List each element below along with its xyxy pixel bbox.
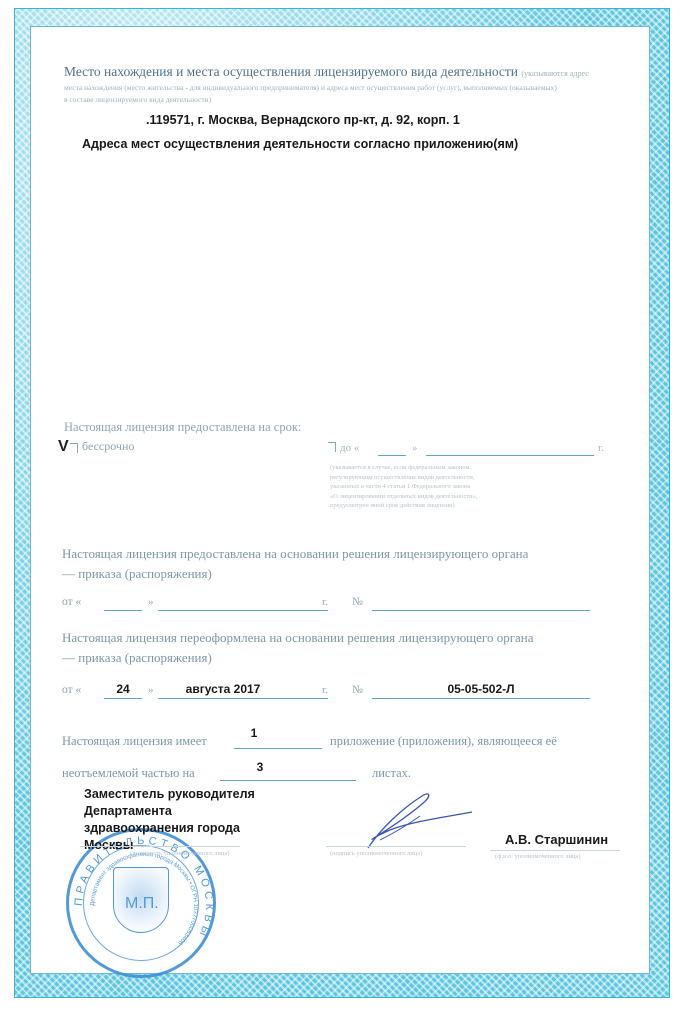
reissued-month-year-field[interactable] (158, 698, 328, 699)
until-month-year-field[interactable] (426, 455, 594, 456)
reissued-year-suffix: г. (322, 684, 328, 696)
granted-quote-close: » (148, 596, 154, 608)
reissued-number-field[interactable] (372, 698, 590, 699)
attachments-text-after: приложение (приложения), являющееся её (330, 734, 557, 749)
handwritten-signature (360, 790, 480, 852)
reissued-text-line1: Настоящая лицензия переоформлена на осно… (62, 630, 534, 646)
until-hint-line: регулирующим осуществление видов деятель… (330, 473, 478, 483)
attachments-text-before: Настоящая лицензия имеет (62, 734, 207, 749)
until-hint-line: (указывается в случае, если федеральным … (330, 463, 478, 473)
name-caption: (ф.и.о. уполномоченного лица) (495, 851, 581, 863)
until-hint-line: предусмотрен иной срок действия лицензии… (330, 501, 478, 511)
signature-line (326, 846, 466, 847)
position-caption: (должность уполномоченного лица) (130, 848, 230, 860)
reissued-text-line2: — приказа (распоряжения) (62, 650, 212, 666)
section-hint-line3: в составе лицензируемого вида деятельнос… (64, 94, 211, 106)
section-title-text: Место нахождения и места осуществления л… (64, 64, 518, 79)
sheets-count-value: 3 (220, 760, 300, 774)
until-hint: (указывается в случае, если федеральным … (330, 463, 478, 511)
until-checkbox[interactable] (328, 442, 336, 452)
attachments-row: Настоящая лицензия имеет 1 приложение (п… (62, 726, 622, 748)
granted-day-field[interactable] (104, 610, 142, 611)
until-option[interactable]: до « » г. (328, 440, 618, 460)
reissued-month-year-value: августа 2017 (158, 682, 288, 696)
sheets-count-field[interactable] (220, 780, 356, 781)
section-title: Место нахождения и места осуществления л… (64, 64, 589, 80)
granted-number-label: № (352, 596, 363, 608)
position-line (80, 846, 240, 847)
signer-name: А.В. Старшинин (505, 832, 608, 847)
signer-position-line: Департамента (84, 803, 255, 820)
sheets-row: неотъемлемой частью на 3 листах. (62, 760, 622, 782)
term-label: Настоящая лицензия предоставлена на срок… (64, 420, 301, 435)
granted-number-field[interactable] (372, 610, 590, 611)
until-hint-line: указанных в части 4 статьи 1 Федеральног… (330, 482, 478, 492)
section-hint-tail: (указываются адрес (521, 69, 588, 78)
reissued-quote-close: » (148, 684, 154, 696)
until-hint-line: «О лицензировании отдельных видов деятел… (330, 492, 478, 502)
indefinite-label: бессрочно (82, 439, 134, 454)
licensee-address: .119571, г. Москва, Вернадского пр-кт, д… (146, 113, 460, 127)
reissued-day-field[interactable] (104, 698, 142, 699)
seal-mp-label: М.П. (125, 895, 159, 913)
signature-caption: (подпись уполномоченного лица) (330, 848, 422, 860)
granted-year-suffix: г. (322, 596, 328, 608)
granted-order-row: от « » г. № (62, 596, 602, 616)
granted-month-year-field[interactable] (158, 610, 328, 611)
until-day-field[interactable] (378, 455, 406, 456)
reissued-day-value: 24 (104, 682, 142, 696)
section-hint-line2: места нахождения (место жительства - для… (64, 82, 557, 94)
reissued-order-row: от « 24 » августа 2017 г. № 05-05-502-Л (62, 682, 602, 702)
until-year-suffix: г. (598, 442, 604, 454)
check-mark-icon: V (58, 438, 69, 456)
sheets-text-after: листах. (372, 766, 411, 781)
granted-text-line1: Настоящая лицензия предоставлена на осно… (62, 546, 528, 562)
indefinite-checkbox[interactable] (70, 443, 78, 453)
attachments-count-field[interactable] (234, 748, 322, 749)
until-label: до « (340, 442, 359, 454)
attachments-count-value: 1 (234, 726, 274, 740)
granted-from-label: от « (62, 596, 81, 608)
signer-position-line: здравоохранения города (84, 820, 255, 837)
reissued-number-label: № (352, 684, 363, 696)
until-quote-close: » (412, 442, 418, 454)
granted-text-line2: — приказа (распоряжения) (62, 566, 212, 582)
reissued-from-label: от « (62, 684, 81, 696)
signer-position-line: Заместитель руководителя (84, 786, 255, 803)
addresses-note: Адреса мест осуществления деятельности с… (82, 137, 518, 151)
sheets-text-before: неотъемлемой частью на (62, 766, 195, 781)
signer-position: Заместитель руководителя Департамента зд… (84, 786, 255, 854)
reissued-number-value: 05-05-502-Л (372, 682, 590, 696)
